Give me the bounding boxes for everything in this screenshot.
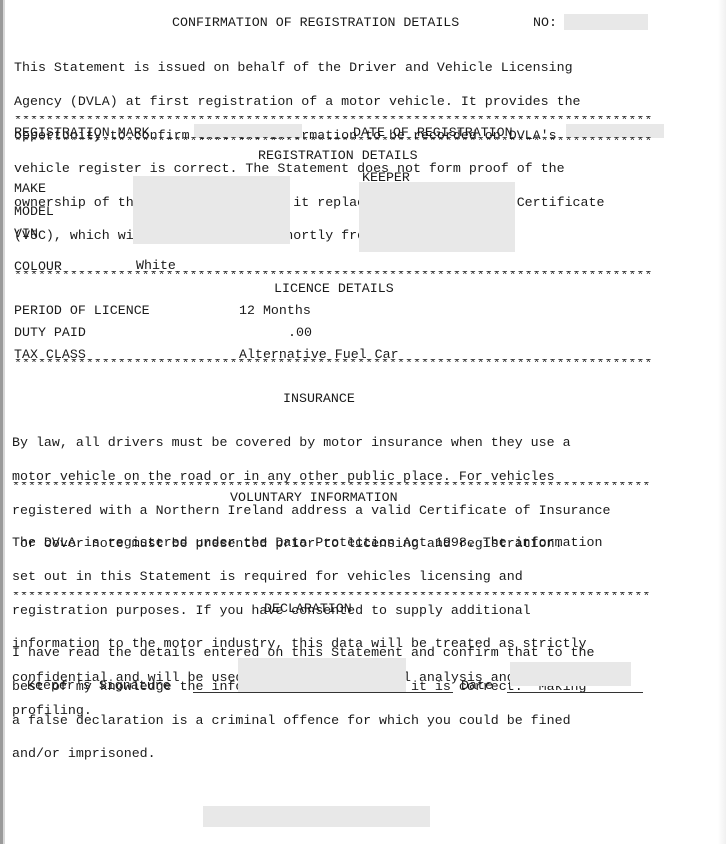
voluntary-information-heading: VOLUNTARY INFORMATION: [230, 492, 398, 503]
make-label: MAKE: [14, 183, 46, 194]
redacted-date-of-registration: [566, 124, 664, 138]
signature-line[interactable]: [193, 692, 453, 693]
redacted-footer: [203, 806, 430, 827]
date-label: Date: [461, 680, 493, 691]
voluntary-line: The DVLA is registered under the Data Pr…: [12, 537, 692, 548]
vin-label: VIN: [14, 228, 38, 239]
declaration-line: I have read the details entered on this …: [12, 647, 692, 658]
redacted-registration-mark: [194, 124, 302, 138]
voluntary-line: registration purposes. If you have conse…: [12, 605, 692, 616]
insurance-heading: INSURANCE: [283, 393, 355, 404]
registration-details-heading: REGISTRATION DETAILS: [258, 150, 418, 161]
declaration-paragraph: I have read the details entered on this …: [12, 625, 692, 771]
document-number-label: NO:: [533, 17, 557, 28]
declaration-heading: DECLARATION: [264, 603, 352, 614]
model-label: MODEL: [14, 206, 54, 217]
intro-line: Agency (DVLA) at first registration of a…: [14, 96, 694, 107]
intro-line: vehicle register is correct. The Stateme…: [14, 163, 694, 174]
redacted-signature: [238, 658, 406, 692]
voluntary-line: set out in this Statement is required fo…: [12, 571, 692, 582]
colour-value: White: [136, 260, 176, 271]
page-edge-shadow: [3, 0, 5, 844]
separator: ****************************************…: [14, 137, 666, 147]
duty-paid-value: .00: [288, 327, 312, 338]
date-line[interactable]: [507, 692, 643, 693]
insurance-line: motor vehicle on the road or in any othe…: [12, 471, 692, 482]
intro-line: ownership of the vehicle, nor does it re…: [14, 197, 694, 208]
redacted-keeper-details: [359, 182, 515, 252]
insurance-line: By law, all drivers must be covered by m…: [12, 437, 692, 448]
redacted-document-number: [564, 14, 648, 30]
declaration-line: and/or imprisoned.: [12, 748, 692, 759]
duty-paid-label: DUTY PAID: [14, 327, 86, 338]
redacted-make-model-vin: [133, 176, 290, 244]
licence-details-heading: LICENCE DETAILS: [274, 283, 394, 294]
declaration-line: a false declaration is a criminal offenc…: [12, 715, 692, 726]
page-edge-right: [718, 0, 726, 844]
separator: ****************************************…: [14, 271, 666, 281]
period-of-licence-label: PERIOD OF LICENCE: [14, 305, 150, 316]
period-of-licence-value: 12 Months: [239, 305, 311, 316]
intro-line: This Statement is issued on behalf of th…: [14, 62, 694, 73]
separator: ****************************************…: [14, 359, 666, 369]
intro-line: (V5C), which will be sent to you shortly…: [14, 230, 694, 241]
document-title: CONFIRMATION OF REGISTRATION DETAILS: [172, 17, 459, 28]
keeper-signature-label: Keeper's Signature: [27, 680, 171, 691]
redacted-signature-date: [510, 662, 631, 686]
